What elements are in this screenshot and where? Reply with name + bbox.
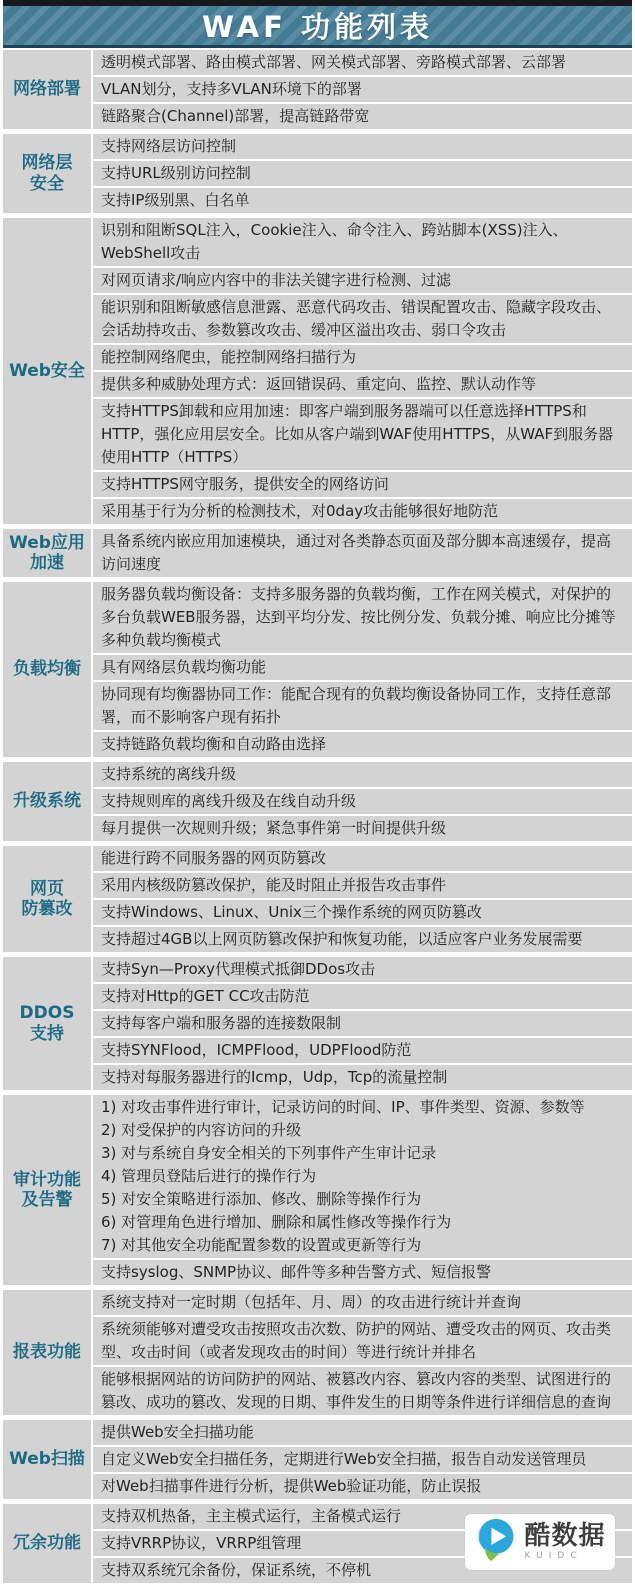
feature-row: 每月提供一次规则升级；紧急事件第一时间提供升级 xyxy=(93,816,632,841)
watermark-logo: 酷数据 KUIDC xyxy=(465,1514,615,1570)
feature-row: 具备系统内嵌应用加速模块，通过对各类静态页面及部分脚本高速缓存，提高访问速度 xyxy=(93,529,632,577)
page-title: WAF 功能列表 xyxy=(202,5,433,46)
feature-text: 4) 管理员登陆后进行的操作行为 xyxy=(101,1165,624,1188)
feature-row: 自定义Web安全扫描任务，定期进行Web安全扫描，报告自动发送管理员 xyxy=(93,1447,632,1472)
feature-rows: 提供Web安全扫描功能自定义Web安全扫描任务，定期进行Web安全扫描，报告自动… xyxy=(93,1420,632,1499)
feature-rows: 支持系统的离线升级支持规则库的离线升级及在线自动升级每月提供一次规则升级；紧急事… xyxy=(93,762,632,841)
watermark-subtext: KUIDC xyxy=(524,1552,605,1561)
feature-row: 支持HTTPS网守服务，提供安全的网络访问 xyxy=(93,472,632,497)
feature-row: 支持URL级别访问控制 xyxy=(93,161,632,186)
feature-rows: 识别和阻断SQL注入，Cookie注入、命令注入、跨站脚本(XSS)注入、Web… xyxy=(93,218,632,524)
feature-text: 支持网络层访问控制 xyxy=(101,135,624,158)
feature-row: 支持对Http的GET CC攻击防范 xyxy=(93,984,632,1009)
feature-text: 6) 对管理角色进行增加、删除和属性修改等操作行为 xyxy=(101,1211,624,1234)
feature-row: 支持SYNFlood，ICMPFlood，UDPFlood防范 xyxy=(93,1038,632,1063)
feature-table: 网络部署透明模式部署、路由模式部署、网关模式部署、旁路模式部署、云部署VLAN划… xyxy=(3,50,632,1583)
feature-row: 能进行跨不同服务器的网页防篡改 xyxy=(93,846,632,871)
feature-rows: 系统支持对一定时期（包括年、月、周）的攻击进行统计并查询系统须能够对遭受攻击按照… xyxy=(93,1290,632,1415)
feature-text: 采用内核级防篡改保护，能及时阻止并报告攻击事件 xyxy=(101,874,624,897)
feature-row: 1) 对攻击事件进行审计，记录访问的时间、IP、事件类型、资源、参数等2) 对受… xyxy=(93,1095,632,1258)
feature-row: 支持规则库的离线升级及在线自动升级 xyxy=(93,789,632,814)
play-circle-leaf-icon xyxy=(474,1517,518,1567)
feature-text: 具有网络层负载均衡功能 xyxy=(101,656,624,679)
feature-group-1: 网络层 安全支持网络层访问控制支持URL级别访问控制支持IP级别黑、白名单 xyxy=(3,134,632,213)
feature-text: 支持每客户端和服务器的连接数限制 xyxy=(101,1012,624,1035)
feature-rows: 透明模式部署、路由模式部署、网关模式部署、旁路模式部署、云部署VLAN划分，支持… xyxy=(93,50,632,129)
category-label: Web扫描 xyxy=(3,1420,91,1499)
feature-row: 识别和阻断SQL注入，Cookie注入、命令注入、跨站脚本(XSS)注入、Web… xyxy=(93,218,632,266)
feature-text: 提供多种威胁处理方式：返回错误码、重定向、监控、默认动作等 xyxy=(101,373,624,396)
category-label: 网页 防篡改 xyxy=(3,846,91,952)
feature-row: 透明模式部署、路由模式部署、网关模式部署、旁路模式部署、云部署 xyxy=(93,50,632,75)
feature-text: 支持Windows、Linux、Unix三个操作系统的网页防篡改 xyxy=(101,901,624,924)
feature-text: 5) 对安全策略进行添加、修改、删除等操作行为 xyxy=(101,1188,624,1211)
feature-text: 采用基于行为分析的检测技术，对0day攻击能够很好地防范 xyxy=(101,500,624,523)
feature-text: 支持对每服务器进行的Icmp，Udp，Tcp的流量控制 xyxy=(101,1066,624,1089)
feature-group-0: 网络部署透明模式部署、路由模式部署、网关模式部署、旁路模式部署、云部署VLAN划… xyxy=(3,50,632,129)
feature-text: 支持对Http的GET CC攻击防范 xyxy=(101,985,624,1008)
feature-group-9: 报表功能系统支持对一定时期（包括年、月、周）的攻击进行统计并查询系统须能够对遭受… xyxy=(3,1290,632,1415)
feature-row: 支持超过4GB以上网页防篡改保护和恢复功能，以适应客户业务发展需要 xyxy=(93,927,632,952)
feature-row: 系统支持对一定时期（包括年、月、周）的攻击进行统计并查询 xyxy=(93,1290,632,1315)
feature-text: 提供Web安全扫描功能 xyxy=(101,1421,624,1444)
feature-row: 服务器负载均衡设备：支持多服务器的负载均衡，工作在网关模式，对保护的多台负载WE… xyxy=(93,582,632,653)
feature-text: 每月提供一次规则升级；紧急事件第一时间提供升级 xyxy=(101,817,624,840)
feature-row: 采用基于行为分析的检测技术，对0day攻击能够很好地防范 xyxy=(93,499,632,524)
feature-text: 系统支持对一定时期（包括年、月、周）的攻击进行统计并查询 xyxy=(101,1291,624,1314)
category-label: 审计功能 及告警 xyxy=(3,1095,91,1285)
feature-rows: 支持网络层访问控制支持URL级别访问控制支持IP级别黑、白名单 xyxy=(93,134,632,213)
feature-row: 支持对每服务器进行的Icmp，Udp，Tcp的流量控制 xyxy=(93,1065,632,1090)
feature-row: 支持每客户端和服务器的连接数限制 xyxy=(93,1011,632,1036)
feature-row: 协同现有均衡器协同工作：能配合现有的负载均衡设备协同工作，支持任意部署，而不影响… xyxy=(93,682,632,730)
feature-text: 对网页请求/响应内容中的非法关键字进行检测、过滤 xyxy=(101,269,624,292)
category-label: DDOS 支持 xyxy=(3,957,91,1090)
feature-text: 支持系统的离线升级 xyxy=(101,763,624,786)
feature-row: 对网页请求/响应内容中的非法关键字进行检测、过滤 xyxy=(93,268,632,293)
feature-text: 支持HTTPS网守服务，提供安全的网络访问 xyxy=(101,473,624,496)
feature-text: 支持HTTPS卸载和应用加速：即客户端到服务器端可以任意选择HTTPS和HTTP… xyxy=(101,400,624,469)
category-label: 负载均衡 xyxy=(3,582,91,757)
feature-text: 7) 对其他安全功能配置参数的设置或更新等行为 xyxy=(101,1234,624,1257)
feature-row: 支持HTTPS卸载和应用加速：即客户端到服务器端可以任意选择HTTPS和HTTP… xyxy=(93,399,632,470)
category-label: 升级系统 xyxy=(3,762,91,841)
feature-row: 提供多种威胁处理方式：返回错误码、重定向、监控、默认动作等 xyxy=(93,372,632,397)
feature-text: 对Web扫描事件进行分析，提供Web验证功能，防止误报 xyxy=(101,1475,624,1498)
feature-rows: 1) 对攻击事件进行审计，记录访问的时间、IP、事件类型、资源、参数等2) 对受… xyxy=(93,1095,632,1285)
feature-text: 支持IP级别黑、白名单 xyxy=(101,189,624,212)
feature-row: 支持syslog、SNMP协议、邮件等多种告警方式、短信报警 xyxy=(93,1260,632,1285)
feature-rows: 具备系统内嵌应用加速模块，通过对各类静态页面及部分脚本高速缓存，提高访问速度 xyxy=(93,529,632,577)
feature-group-4: 负载均衡服务器负载均衡设备：支持多服务器的负载均衡，工作在网关模式，对保护的多台… xyxy=(3,582,632,757)
feature-text: 支持Syn—Proxy代理模式抵御DDos攻击 xyxy=(101,958,624,981)
feature-rows: 支持Syn—Proxy代理模式抵御DDos攻击支持对Http的GET CC攻击防… xyxy=(93,957,632,1090)
feature-text: 具备系统内嵌应用加速模块，通过对各类静态页面及部分脚本高速缓存，提高访问速度 xyxy=(101,530,624,576)
feature-row: 系统须能够对遭受攻击按照攻击次数、防护的网站、遭受攻击的网页、攻击类型、攻击时间… xyxy=(93,1317,632,1365)
feature-text: 支持syslog、SNMP协议、邮件等多种告警方式、短信报警 xyxy=(101,1261,624,1284)
watermark-text-block: 酷数据 KUIDC xyxy=(524,1523,605,1561)
feature-row: 支持链路负载均衡和自动路由选择 xyxy=(93,732,632,757)
feature-row: 能够根据网站的访问防护的网站、被篡改内容、篡改内容的类型、试图进行的篡改、成功的… xyxy=(93,1367,632,1415)
category-label: Web应用 加速 xyxy=(3,529,91,577)
feature-text: 透明模式部署、路由模式部署、网关模式部署、旁路模式部署、云部署 xyxy=(101,51,624,74)
feature-text: 支持链路负载均衡和自动路由选择 xyxy=(101,733,624,756)
feature-row: 支持Syn—Proxy代理模式抵御DDos攻击 xyxy=(93,957,632,982)
feature-text: 服务器负载均衡设备：支持多服务器的负载均衡，工作在网关模式，对保护的多台负载WE… xyxy=(101,583,624,652)
feature-text: 自定义Web安全扫描任务，定期进行Web安全扫描，报告自动发送管理员 xyxy=(101,1448,624,1471)
feature-text: 能进行跨不同服务器的网页防篡改 xyxy=(101,847,624,870)
feature-row: 支持IP级别黑、白名单 xyxy=(93,188,632,213)
feature-text: 链路聚合(Channel)部署，提高链路带宽 xyxy=(101,105,624,128)
feature-row: 支持Windows、Linux、Unix三个操作系统的网页防篡改 xyxy=(93,900,632,925)
feature-text: 支持URL级别访问控制 xyxy=(101,162,624,185)
category-label: 网络层 安全 xyxy=(3,134,91,213)
feature-text: 2) 对受保护的内容访问的升级 xyxy=(101,1119,624,1142)
feature-row: 链路聚合(Channel)部署，提高链路带宽 xyxy=(93,104,632,129)
feature-row: 支持网络层访问控制 xyxy=(93,134,632,159)
feature-row: 具有网络层负载均衡功能 xyxy=(93,655,632,680)
feature-row: 提供Web安全扫描功能 xyxy=(93,1420,632,1445)
category-label: Web安全 xyxy=(3,218,91,524)
feature-row: 采用内核级防篡改保护，能及时阻止并报告攻击事件 xyxy=(93,873,632,898)
feature-group-5: 升级系统支持系统的离线升级支持规则库的离线升级及在线自动升级每月提供一次规则升级… xyxy=(3,762,632,841)
watermark-brand: 酷数据 xyxy=(524,1523,605,1549)
feature-group-3: Web应用 加速具备系统内嵌应用加速模块，通过对各类静态页面及部分脚本高速缓存，… xyxy=(3,529,632,577)
category-label: 冗余功能 xyxy=(3,1504,91,1583)
feature-text: 支持规则库的离线升级及在线自动升级 xyxy=(101,790,624,813)
feature-group-7: DDOS 支持支持Syn—Proxy代理模式抵御DDos攻击支持对Http的GE… xyxy=(3,957,632,1090)
title-banner: WAF 功能列表 xyxy=(3,0,632,48)
feature-rows: 服务器负载均衡设备：支持多服务器的负载均衡，工作在网关模式，对保护的多台负载WE… xyxy=(93,582,632,757)
feature-group-10: Web扫描提供Web安全扫描功能自定义Web安全扫描任务，定期进行Web安全扫描… xyxy=(3,1420,632,1499)
waf-feature-sheet: WAF 功能列表 网络部署透明模式部署、路由模式部署、网关模式部署、旁路模式部署… xyxy=(0,0,635,1588)
feature-rows: 能进行跨不同服务器的网页防篡改采用内核级防篡改保护，能及时阻止并报告攻击事件支持… xyxy=(93,846,632,952)
feature-text: 3) 对与系统自身安全相关的下列事件产生审计记录 xyxy=(101,1142,624,1165)
feature-text: 协同现有均衡器协同工作：能配合现有的负载均衡设备协同工作，支持任意部署，而不影响… xyxy=(101,683,624,729)
feature-text: 能够根据网站的访问防护的网站、被篡改内容、篡改内容的类型、试图进行的篡改、成功的… xyxy=(101,1368,624,1414)
feature-row: 支持系统的离线升级 xyxy=(93,762,632,787)
feature-text: 能控制网络爬虫，能控制网络扫描行为 xyxy=(101,346,624,369)
feature-row: 对Web扫描事件进行分析，提供Web验证功能，防止误报 xyxy=(93,1474,632,1499)
feature-row: 能识别和阻断敏感信息泄露、恶意代码攻击、错误配置攻击、隐藏字段攻击、会话劫持攻击… xyxy=(93,295,632,343)
feature-text: VLAN划分，支持多VLAN环境下的部署 xyxy=(101,78,624,101)
category-label: 网络部署 xyxy=(3,50,91,129)
feature-row: 能控制网络爬虫，能控制网络扫描行为 xyxy=(93,345,632,370)
feature-group-8: 审计功能 及告警1) 对攻击事件进行审计，记录访问的时间、IP、事件类型、资源、… xyxy=(3,1095,632,1285)
feature-text: 系统须能够对遭受攻击按照攻击次数、防护的网站、遭受攻击的网页、攻击类型、攻击时间… xyxy=(101,1318,624,1364)
feature-row: VLAN划分，支持多VLAN环境下的部署 xyxy=(93,77,632,102)
feature-text: 支持超过4GB以上网页防篡改保护和恢复功能，以适应客户业务发展需要 xyxy=(101,928,624,951)
feature-text: 能识别和阻断敏感信息泄露、恶意代码攻击、错误配置攻击、隐藏字段攻击、会话劫持攻击… xyxy=(101,296,624,342)
category-label: 报表功能 xyxy=(3,1290,91,1415)
feature-group-6: 网页 防篡改能进行跨不同服务器的网页防篡改采用内核级防篡改保护，能及时阻止并报告… xyxy=(3,846,632,952)
feature-group-2: Web安全识别和阻断SQL注入，Cookie注入、命令注入、跨站脚本(XSS)注… xyxy=(3,218,632,524)
feature-text: 支持SYNFlood，ICMPFlood，UDPFlood防范 xyxy=(101,1039,624,1062)
feature-text: 1) 对攻击事件进行审计，记录访问的时间、IP、事件类型、资源、参数等 xyxy=(101,1096,624,1119)
feature-text: 识别和阻断SQL注入，Cookie注入、命令注入、跨站脚本(XSS)注入、Web… xyxy=(101,219,624,265)
